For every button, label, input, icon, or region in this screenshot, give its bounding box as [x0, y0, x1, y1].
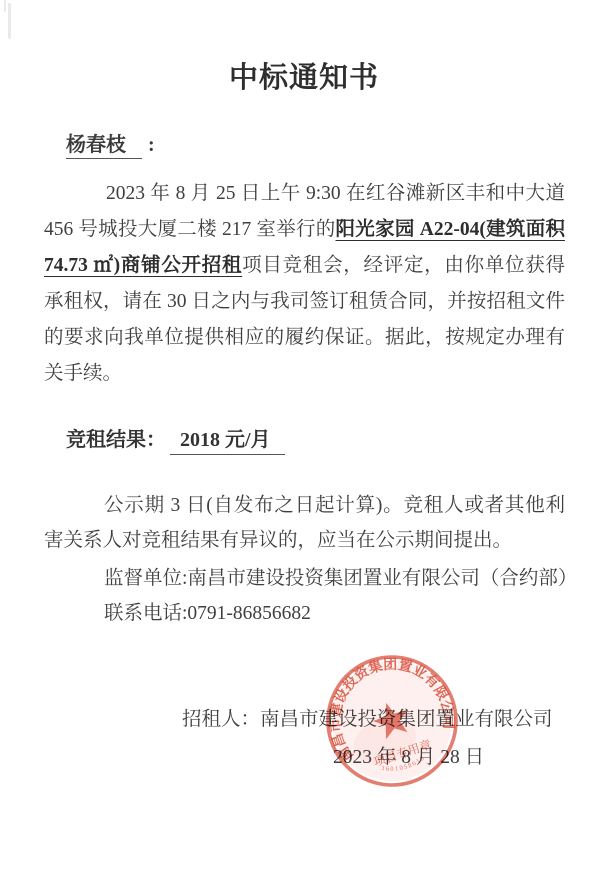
bid-result-line: 竞租结果：2018 元/月: [66, 423, 285, 455]
addressee-line: 杨春枝:: [66, 133, 155, 159]
page-title: 中标通知书: [0, 55, 608, 96]
document-page: 中标通知书 杨春枝: 2023 年 8 月 25 日上午 9:30 在红谷滩新区…: [0, 0, 608, 879]
addressee-name: 杨春枝: [66, 133, 142, 159]
bid-result-value: 2018 元/月: [170, 428, 285, 455]
body-paragraph-2: 公示期 3 日(自发布之日起计算)。竞租人或者其他利害关系人对竞租结果有异议的，…: [44, 488, 565, 558]
signature-date-line: 2023 年 8 月 28 日: [333, 741, 484, 769]
lessor-signature-line: 招租人：南昌市建设投资集团置业有限公司: [182, 703, 553, 731]
phone-line: 联系电话:0791-86856682: [104, 597, 311, 625]
body-paragraph-1: 2023 年 8 月 25 日上午 9:30 在红谷滩新区丰和中大道 456 号…: [44, 176, 565, 392]
supervisor-line: 监督单位:南昌市建设投资集团置业有限公司（合约部）: [104, 562, 577, 590]
addressee-colon: :: [148, 134, 155, 156]
bid-result-label: 竞租结果：: [66, 429, 166, 451]
scan-artifact: [8, 3, 11, 39]
scan-artifact: [4, 0, 6, 12]
